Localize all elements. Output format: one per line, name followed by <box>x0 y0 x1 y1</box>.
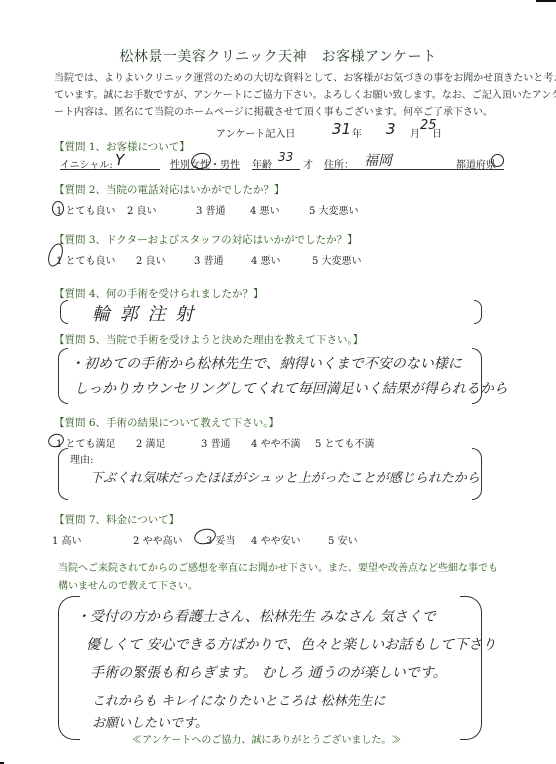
date-year-unit: 年 <box>352 125 362 140</box>
date-day-unit: 日 <box>432 125 442 140</box>
q6-reason-answer[interactable]: 下ぶくれ気味だったほほがシュッと上がったことが感じられたから <box>90 467 480 486</box>
comments-answer-line-4[interactable]: これからも キレイになりたいところは 松林先生に <box>92 690 386 709</box>
comments-answer-line-2[interactable]: 優しくて 安心できる方ばかりで、色々と楽しいお話もして下さり <box>86 634 496 654</box>
comments-answer-line-1[interactable]: ・受付の方から看護士さん、松林先生 みなさん 気さくで <box>76 606 436 626</box>
q2-option-3[interactable]: 3 普通 <box>196 202 226 217</box>
q6-option-2[interactable]: 2 満足 <box>136 435 166 450</box>
comments-bracket-right <box>460 596 482 740</box>
q4-answer[interactable]: 輪 郭 注 射 <box>92 300 195 326</box>
q7-option-5[interactable]: 5 安い <box>328 532 358 547</box>
q3-option-2[interactable]: 2 良い <box>136 252 166 267</box>
q1-address-value: 福岡 <box>364 150 392 170</box>
q7-heading: 【質問 7、料金について】 <box>54 512 179 527</box>
scan-mark-top-right <box>536 0 556 2</box>
q6-option-5[interactable]: 5 とても不満 <box>315 435 375 450</box>
q7-option-1[interactable]: 1 高い <box>52 532 82 547</box>
q3-option-3[interactable]: 3 普通 <box>194 252 224 267</box>
q1-age-value: 33 <box>278 150 293 164</box>
q6-option-3[interactable]: 3 普通 <box>201 435 231 450</box>
q1-initial-label: イニシャル: <box>60 160 113 171</box>
q2-option-2[interactable]: 2 良い <box>127 202 157 217</box>
date-year-value[interactable]: 31 <box>332 120 351 138</box>
q1-address-label: 住所： <box>324 160 354 171</box>
q2-option-4[interactable]: 4 悪い <box>250 202 280 217</box>
q2-heading: 【質問 2、当院の電話対応はいかがでしたか？】 <box>54 182 285 197</box>
q3-heading: 【質問 3、ドクターおよびスタッフの対応はいかがでしたか？】 <box>54 232 358 247</box>
q1-prefecture-selected-circle <box>491 154 504 167</box>
q1-age-field[interactable]: 年齢 33 <box>252 156 300 170</box>
q6-heading: 【質問 6、手術の結果について教えて下さい。】 <box>54 415 279 430</box>
q6-reason-label: 理由: <box>70 451 93 466</box>
comments-prompt-line-2: 構いませんので教えて下さい。 <box>58 577 198 592</box>
q1-address-field[interactable]: 住所： 福岡 都道府県 <box>324 156 504 170</box>
intro-line-2: ています。誠にお手数ですが、アンケートにご協力下さい。よろしくお願い致します。な… <box>54 87 556 104</box>
q4-bracket-right <box>474 300 482 324</box>
q5-answer-line-1[interactable]: ・初めての手術から松林先生で、納得いくまで不安のない様に <box>70 353 462 373</box>
q2-option-5[interactable]: 5 大変悪い <box>309 202 359 217</box>
footer-thanks: ≪アンケートへのご協力、誠にありがとうございました。≫ <box>132 731 401 746</box>
q3-option-4[interactable]: 4 悪い <box>251 252 281 267</box>
date-month-unit: 月 <box>410 125 420 140</box>
q7-option-4[interactable]: 4 やや安い <box>251 532 301 547</box>
q7-option-2[interactable]: 2 やや高い <box>133 532 183 547</box>
q3-option-5[interactable]: 5 大変悪い <box>312 252 362 267</box>
comments-answer-line-5[interactable]: お願いしたいです。 <box>92 712 208 731</box>
date-label: アンケート記入日 <box>216 125 295 140</box>
comments-prompt-line-1: 当院へご来院されてからのご感想を率直にお聞かせ下さい。また、要望や改善点など些細… <box>58 559 498 574</box>
q2-option-1[interactable]: 1 とても良い <box>56 202 116 217</box>
q3-option-1[interactable]: 1 とても良い <box>56 252 116 267</box>
q4-bracket-left <box>60 300 68 324</box>
comments-answer-line-3[interactable]: 手術の緊張も和らぎます。 むしろ 通うのが楽しいです。 <box>90 662 447 682</box>
page-title: 松林景一美容クリニック天神 お客様アンケート <box>0 46 556 66</box>
q5-bracket-left <box>58 348 68 404</box>
q1-gender-label: 性別 <box>170 160 190 171</box>
q5-answer-line-2[interactable]: しっかりカウンセリングしてくれて毎回満足いく結果が得られるから <box>74 378 508 398</box>
q6-bracket-left <box>58 448 68 500</box>
q1-initial-field[interactable]: イニシャル: Y <box>60 156 160 170</box>
q1-prefecture-suffix: 都道府県 <box>456 156 496 171</box>
q2-selected-circle <box>52 201 64 216</box>
q1-age-label: 年齢 <box>252 160 272 171</box>
q6-option-4[interactable]: 4 やや不満 <box>251 435 301 450</box>
intro-line-1: 当院では、よりよいクリニック運営のための大切な資料として、お客様がお気づきの事を… <box>54 70 556 87</box>
q1-age-unit: 才 <box>303 156 313 171</box>
date-month-value[interactable]: 3 <box>386 120 396 138</box>
q1-initial-value: Y <box>115 151 124 169</box>
q5-heading: 【質問 5、当院で手術を受けようと決めた理由を教えて下さい。】 <box>54 332 363 347</box>
q4-heading: 【質問 4、何の手術を受けられましたか？】 <box>54 286 264 301</box>
